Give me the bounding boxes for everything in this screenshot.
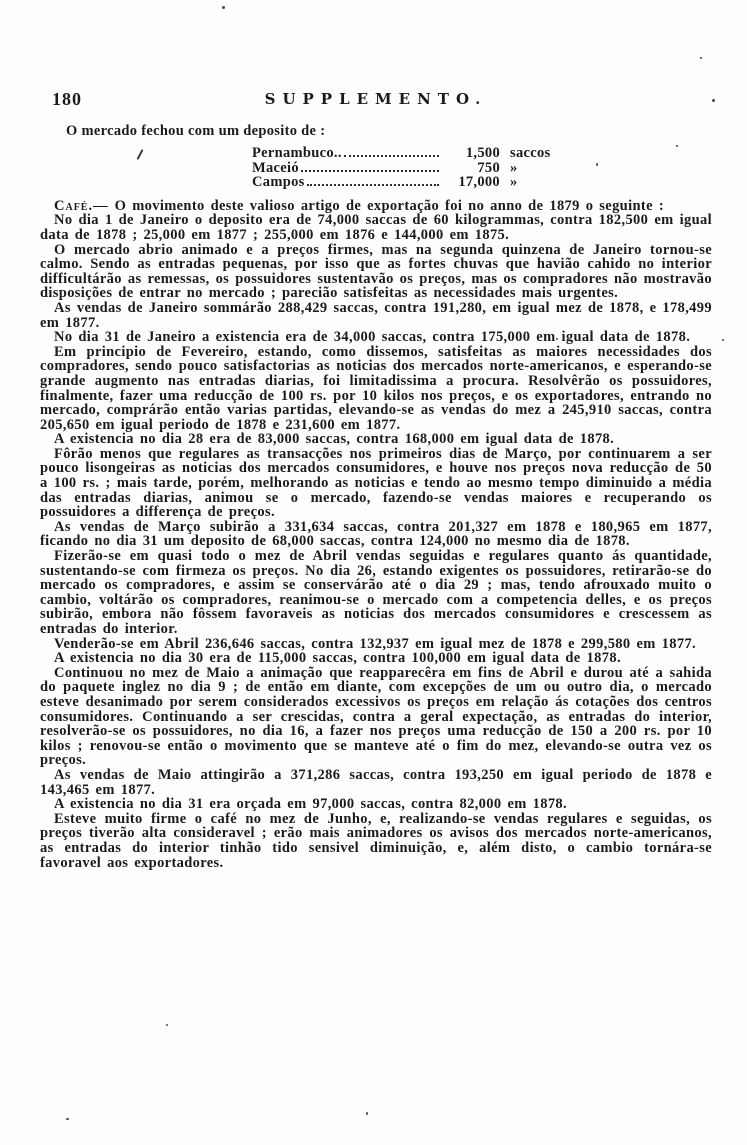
deposit-row: Maceió750» [252, 161, 568, 176]
amount-value: 750 [442, 161, 500, 176]
scan-speck [166, 1024, 168, 1026]
article-body: Café.— O movimento deste valioso artigo … [40, 199, 712, 870]
deposit-table: Pernambuco..1,500saccosMaceió750»Campos1… [252, 146, 568, 190]
paragraph: A existencia no dia 31 era orçada em 97,… [40, 797, 712, 812]
amount-unit: » [500, 161, 568, 176]
leader-dots [307, 184, 439, 186]
paragraph: As vendas de Março subirão a 331,634 sac… [40, 520, 712, 549]
paragraph: Venderão-se em Abril 236,646 saccas, con… [40, 637, 712, 652]
scan-speck [700, 57, 702, 59]
intro-line: O mercado fechou com um deposito de : [40, 124, 712, 139]
scan-speck [66, 1118, 69, 1120]
scan-speck [222, 6, 225, 9]
paragraph: No dia 1 de Janeiro o deposito era de 74… [40, 213, 712, 242]
deposit-row: Pernambuco..1,500saccos [252, 146, 568, 161]
leader-dots [301, 170, 439, 172]
document-page: 180 SUPPLEMENTO. O mercado fechou com um… [0, 0, 747, 1145]
paragraph: No dia 31 de Janeiro a existencia era de… [40, 330, 712, 345]
leader-dots [344, 155, 439, 157]
amount-value: 1,500 [442, 146, 500, 161]
paragraph: O mercado abrio animado e a preços firme… [40, 243, 712, 301]
scan-speck [712, 99, 715, 102]
text-block: 180 SUPPLEMENTO. O mercado fechou com um… [40, 88, 712, 870]
paragraph: Fôrão menos que regulares as transacções… [40, 447, 712, 520]
page-title: SUPPLEMENTO. [40, 90, 712, 108]
scan-speck [722, 339, 724, 341]
place-label: Pernambuco.. [252, 146, 342, 161]
amount-value: 17,000 [442, 175, 500, 190]
paragraph: As vendas de Janeiro sommárão 288,429 sa… [40, 301, 712, 330]
place-label: Maceió [252, 161, 299, 176]
scan-speck [366, 1112, 368, 1115]
paragraph: Continuou no mez de Maio a animação que … [40, 666, 712, 768]
place-label: Campos [252, 175, 305, 190]
paragraph: Esteve muito firme o café no mez de Junh… [40, 812, 712, 870]
paragraph: Café.— O movimento deste valioso artigo … [40, 199, 712, 214]
paragraph: As vendas de Maio attingirão a 371,286 s… [40, 768, 712, 797]
amount-unit: saccos [500, 146, 568, 161]
deposit-row: Campos17,000» [252, 175, 568, 190]
paragraph: A existencia no dia 28 era de 83,000 sac… [40, 432, 712, 447]
paragraph: Em principio de Fevereiro, estando, como… [40, 345, 712, 433]
paragraph: A existencia no dia 30 era de 115,000 sa… [40, 651, 712, 666]
page-header: 180 SUPPLEMENTO. [40, 88, 712, 112]
paragraph-lead: Café.— [54, 198, 109, 214]
paragraph: Fizerão-se em quasi todo o mez de Abril … [40, 549, 712, 637]
amount-unit: » [500, 175, 568, 190]
